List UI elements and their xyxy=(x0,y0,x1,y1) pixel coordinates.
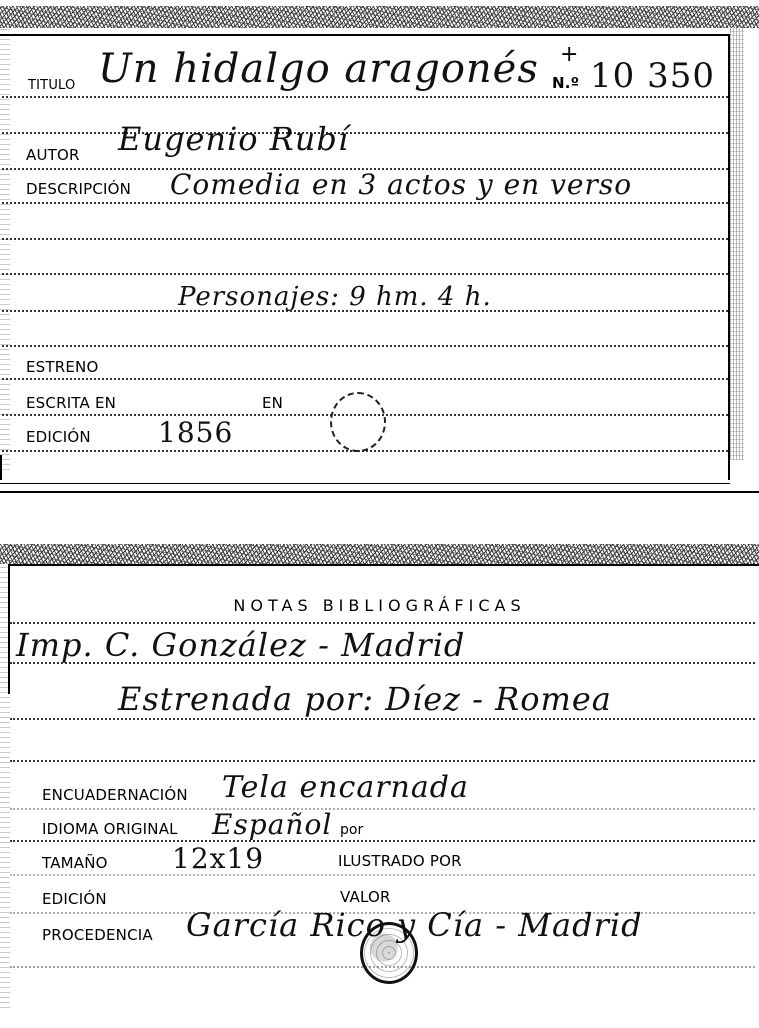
autor-label: AUTOR xyxy=(26,146,80,164)
cross-mark-icon: + xyxy=(560,42,578,67)
card-top-border-texture xyxy=(0,6,759,28)
edicion-label: EDICIÓN xyxy=(42,890,107,908)
card-frame-bottom xyxy=(0,483,730,484)
cards-divider xyxy=(0,491,759,493)
card-frame-top xyxy=(0,34,730,36)
tamano-value: 12x19 xyxy=(172,842,264,875)
blank-line-4 xyxy=(2,345,728,347)
personajes-value: Personajes: 9 hm. 4 h. xyxy=(178,282,492,312)
section-title: NOTAS BIBLIOGRÁFICAS xyxy=(0,596,759,615)
titulo-line xyxy=(2,96,728,98)
estreno-label: ESTRENO xyxy=(26,358,99,376)
edicion-value: 1856 xyxy=(158,416,233,449)
idioma-original-value: Español xyxy=(212,808,332,841)
blank-line-2 xyxy=(2,238,728,240)
descripcion-label: DESCRIPCIÓN xyxy=(26,180,131,198)
idioma-line xyxy=(10,840,755,842)
notes-line-1 xyxy=(10,662,755,664)
note-line-2: Estrenada por: Díez - Romea xyxy=(118,680,612,718)
card-frame-left xyxy=(8,564,10,694)
card-bottom-border-texture xyxy=(0,544,759,564)
card-right-edge-texture xyxy=(730,28,744,460)
idioma-por-label: por xyxy=(340,822,363,838)
numero-label: N.º xyxy=(552,74,579,92)
card-frame-top xyxy=(8,564,759,566)
blank-line-3 xyxy=(2,273,728,275)
valor-label: VALOR xyxy=(340,888,391,906)
personajes-line xyxy=(2,310,728,312)
procedencia-label: PROCEDENCIA xyxy=(42,926,153,944)
blank-line-1 xyxy=(2,132,728,134)
tamano-label: TAMAÑO xyxy=(42,854,108,872)
note-line-1: Imp. C. González - Madrid xyxy=(16,626,465,664)
numero-value: 10 350 xyxy=(590,56,715,96)
notes-line-0 xyxy=(10,622,755,624)
descripcion-value: Comedia en 3 actos y en verso xyxy=(170,168,632,201)
encuadernacion-line xyxy=(10,808,755,810)
autor-value: Eugenio Rubí xyxy=(118,120,349,158)
card-frame-right xyxy=(728,34,730,480)
tamano-line xyxy=(10,874,755,876)
encuadernacion-value: Tela encarnada xyxy=(222,770,469,805)
card-left-edge-texture xyxy=(0,26,10,470)
ilustrado-por-label: ILUSTRADO POR xyxy=(338,852,462,870)
titulo-label: TITULO xyxy=(28,78,75,93)
notes-line-2 xyxy=(10,718,755,720)
card-frame-left-stub xyxy=(0,455,2,480)
notes-line-3 xyxy=(10,760,755,762)
estreno-line xyxy=(2,378,728,380)
catalog-card-back: NOTAS BIBLIOGRÁFICAS Imp. C. González - … xyxy=(0,540,759,1028)
escrita-en-label: ESCRITA EN xyxy=(26,394,116,412)
descripcion-line xyxy=(2,202,728,204)
en-label: EN xyxy=(262,394,283,412)
library-stamp-icon xyxy=(360,922,418,984)
catalog-card-front: TITULO Un hidalgo aragonés + N.º 10 350 … xyxy=(0,0,759,490)
encuadernacion-label: ENCUADERNACIÓN xyxy=(42,786,188,804)
titulo-value: Un hidalgo aragonés xyxy=(98,46,539,92)
stamp-mark-icon xyxy=(330,392,386,452)
idioma-original-label: IDIOMA ORIGINAL xyxy=(42,820,178,838)
edicion-label: EDICIÓN xyxy=(26,428,91,446)
